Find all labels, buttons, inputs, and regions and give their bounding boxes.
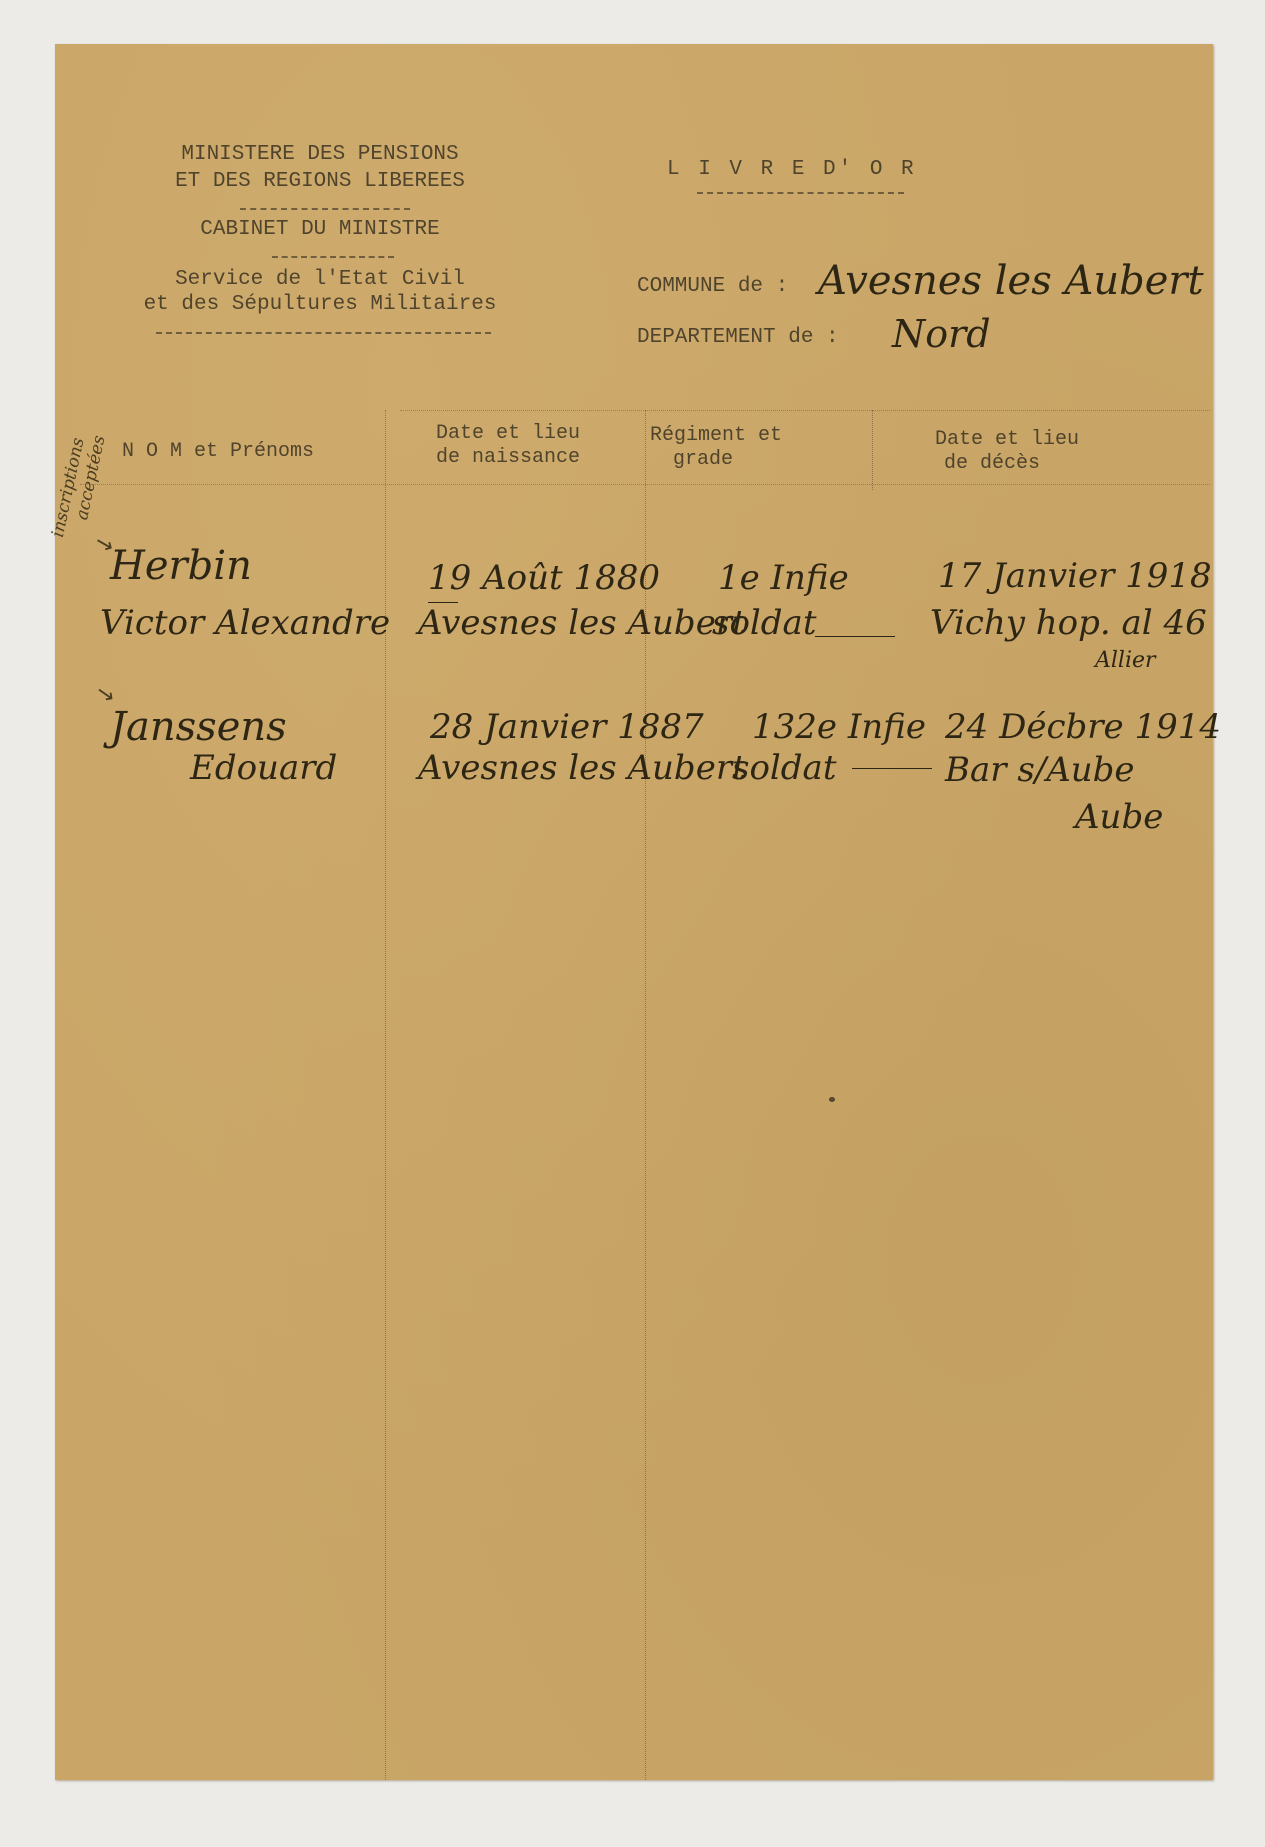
row-1-death-dept: Allier — [1095, 648, 1156, 673]
ministry-line-1: MINISTERE DES PENSIONS — [120, 143, 520, 166]
row-1-surname: Herbin — [110, 543, 252, 589]
row-2-surname: Janssens — [110, 704, 287, 750]
service-line-1: Service de l'Etat Civil — [120, 268, 520, 291]
row-2-birth-date: 28 Janvier 1887 — [430, 707, 704, 747]
row-1-given-names: Victor Alexandre — [100, 603, 390, 643]
service-line-2: et des Sépultures Militaires — [110, 293, 530, 316]
commune-label: COMMUNE de : — [637, 275, 788, 298]
row-1-birth-place: Avesnes les Aubert — [418, 603, 746, 643]
row-1-death-place: Vichy hop. al 46 — [930, 603, 1207, 643]
ministry-line-2: ET DES REGIONS LIBEREES — [120, 170, 520, 193]
row-2-given-names: Edouard — [190, 748, 337, 788]
paper-speck — [829, 1097, 835, 1102]
row-1-grade: soldat — [712, 603, 817, 643]
divider — [272, 256, 394, 258]
row-1-regiment: 1e Infie — [718, 558, 849, 598]
row-2-grade: soldat — [732, 748, 837, 788]
title-underline — [697, 192, 904, 194]
row-2-death-dept: Aube — [1075, 797, 1163, 837]
cabinet-line: CABINET DU MINISTRE — [120, 218, 520, 241]
column-header-birth-2: de naissance — [436, 446, 580, 469]
commune-value: Avesnes les Aubert — [818, 258, 1204, 304]
row-1-death-date: 17 Janvier 1918 — [938, 556, 1212, 596]
row-2-death-date: 24 Décbre 1914 — [945, 707, 1221, 747]
underline — [815, 636, 895, 637]
column-divider — [872, 410, 873, 490]
underline — [852, 768, 932, 769]
column-header-birth-1: Date et lieu — [436, 422, 580, 445]
column-header-death-2: de décès — [944, 452, 1040, 475]
column-header-death-1: Date et lieu — [935, 428, 1079, 451]
column-header-regiment-2: grade — [673, 448, 733, 471]
row-2-regiment: 132e Infie — [752, 707, 926, 747]
header-top-rule — [400, 410, 1210, 411]
column-header-regiment-1: Régiment et — [650, 424, 782, 447]
departement-label: DEPARTEMENT de : — [637, 326, 839, 349]
divider — [240, 208, 410, 210]
divider — [156, 332, 491, 334]
column-header-name: N O M et Prénoms — [122, 440, 314, 463]
departement-value: Nord — [892, 312, 991, 356]
row-1-birth-date: 19 Août 1880 — [428, 558, 660, 598]
row-2-birth-place: Avesnes les Aubert — [418, 748, 746, 788]
page-title: L I V R E D' O R — [667, 158, 917, 181]
row-2-death-place: Bar s/Aube — [945, 750, 1135, 790]
